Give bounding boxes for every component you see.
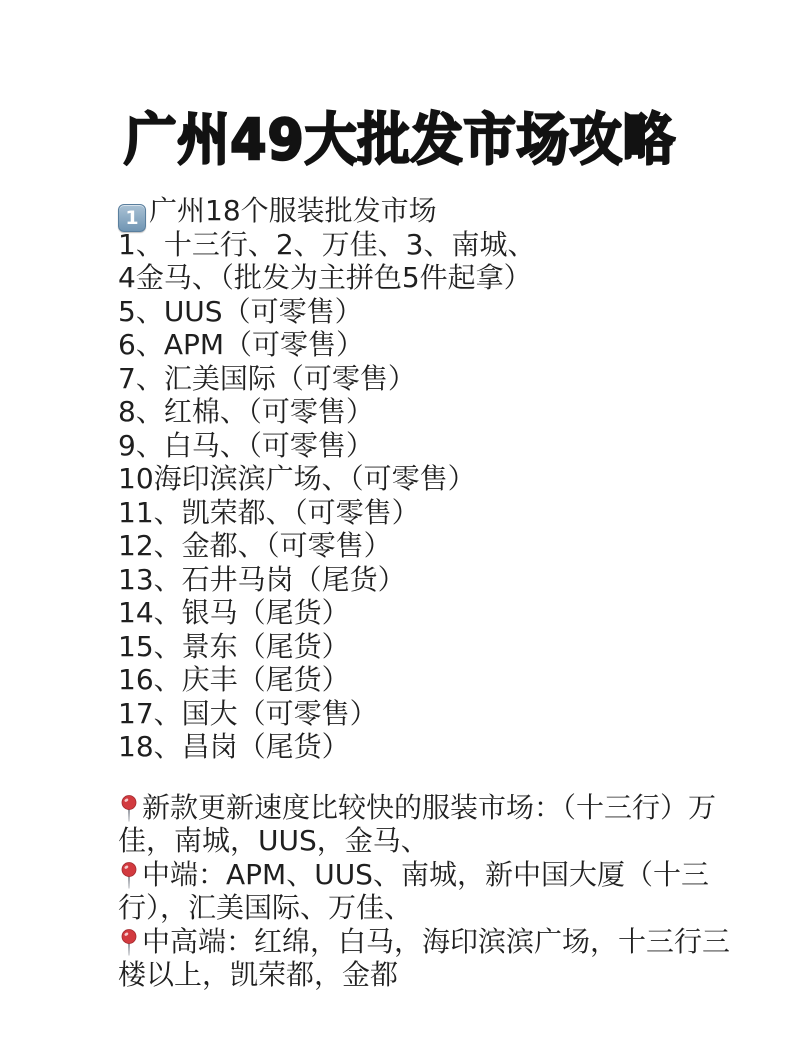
round-pushpin-icon [118, 861, 140, 891]
list-item: 17、国大（可零售） [118, 697, 800, 731]
keycap-digit: 1 [125, 207, 138, 229]
list-item: 13、石井马岗（尾货） [118, 563, 800, 597]
tip-text: 行），汇美国际、万佳、 [118, 891, 412, 924]
list-item: 1、十三行、2、万佳、3、南城、 [118, 228, 800, 262]
list-item: 10海印滨滨广场、（可零售） [118, 462, 800, 496]
tip-text: 中高端：红绵，白马，海印滨滨广场，十三行三 [142, 925, 730, 958]
clothing-market-section: 1广州18个服装批发市场 1、十三行、2、万佳、3、南城、4金马、（批发为主拼色… [118, 194, 800, 764]
section-heading-text: 广州18个服装批发市场 [149, 194, 437, 227]
list-item: 6、APM（可零售） [118, 328, 800, 362]
list-item: 4金马、（批发为主拼色5件起拿） [118, 261, 800, 295]
list-item: 9、白马、（可零售） [118, 429, 800, 463]
list-item: 12、金都、（可零售） [118, 529, 800, 563]
section-heading: 1广州18个服装批发市场 [118, 194, 800, 228]
round-pushpin-icon [118, 794, 140, 824]
round-pushpin-icon [118, 928, 140, 958]
tips-section: 新款更新速度比较快的服装市场：（十三行）万佳，南城，UUS，金马、中端：APM、… [118, 791, 800, 992]
list-item: 7、汇美国际（可零售） [118, 362, 800, 396]
list-item: 11、凯荣都、（可零售） [118, 496, 800, 530]
poster-page: 广州49大批发市场攻略 1广州18个服装批发市场 1、十三行、2、万佳、3、南城… [0, 0, 800, 1046]
page-title: 广州49大批发市场攻略 [28, 0, 772, 176]
list-item: 14、银马（尾货） [118, 596, 800, 630]
tip-line: 中高端：红绵，白马，海印滨滨广场，十三行三 [118, 925, 800, 959]
tip-line: 楼以上，凯荣都，金都 [118, 958, 800, 992]
tip-text: 新款更新速度比较快的服装市场：（十三行）万 [142, 791, 716, 824]
list-item: 8、红棉、（可零售） [118, 395, 800, 429]
list-item: 18、昌岗（尾货） [118, 730, 800, 764]
list-item: 16、庆丰（尾货） [118, 663, 800, 697]
list-item: 15、景东（尾货） [118, 630, 800, 664]
tip-text: 佳，南城，UUS，金马、 [118, 824, 429, 857]
tip-line: 新款更新速度比较快的服装市场：（十三行）万 [118, 791, 800, 825]
list-item: 5、UUS（可零售） [118, 295, 800, 329]
market-lines: 1、十三行、2、万佳、3、南城、4金马、（批发为主拼色5件起拿）5、UUS（可零… [118, 228, 800, 764]
tips-lines: 新款更新速度比较快的服装市场：（十三行）万佳，南城，UUS，金马、中端：APM、… [118, 791, 800, 992]
tip-line: 中端：APM、UUS、南城，新中国大厦（十三 [118, 858, 800, 892]
tip-line: 佳，南城，UUS，金马、 [118, 824, 800, 858]
tip-text: 楼以上，凯荣都，金都 [118, 958, 398, 991]
tip-line: 行），汇美国际、万佳、 [118, 891, 800, 925]
tip-text: 中端：APM、UUS、南城，新中国大厦（十三 [142, 858, 709, 891]
